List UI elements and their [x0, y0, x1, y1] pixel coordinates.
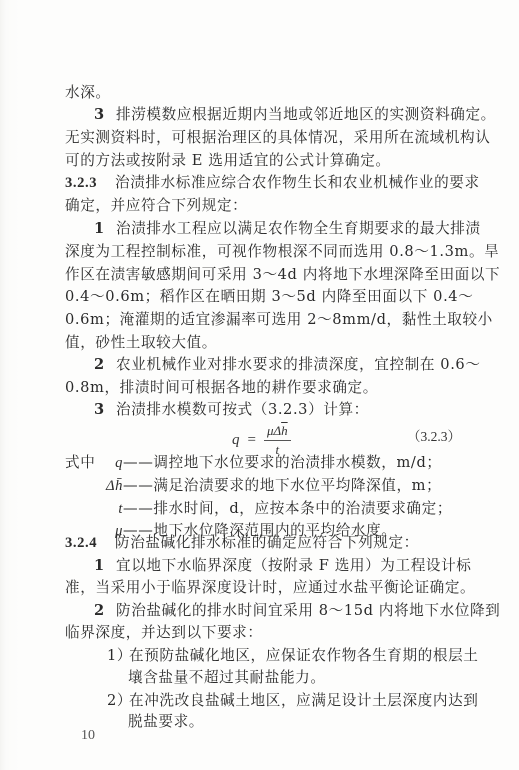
numerator-h-bar: h	[281, 423, 288, 438]
definition-row: 式中q——调控地下水位要求的治渍排水模数，m/d；	[65, 452, 442, 474]
line-text: 防治盐碱化排水标准的确定应符合下列规定：	[115, 534, 419, 551]
text-line: 1治渍排水工程应以满足农作物全生育期要求的最大排渍	[94, 218, 457, 240]
text-line: 深度为工程控制标准，可视作物根深不同而选用 0.8～1.3m。旱	[65, 241, 457, 263]
text-line: 3排涝模数应根据近期内当地或邻近地区的实测资料确定。	[94, 104, 457, 126]
line-text: 治渍排水标准应综合农作物生长和农业机械作业的要求	[115, 174, 480, 191]
line-text: 在预防盐碱化地区，应保证农作物各生育期的根层土	[129, 647, 478, 664]
line-text: 在冲洗改良盐碱土地区，应满足设计土层深度内达到	[129, 692, 478, 709]
text-line: 2农业机械作业对排水要求的排渍深度，宜控制在 0.6～	[94, 354, 457, 376]
formula-numerator: μΔh	[264, 423, 291, 441]
text-line: 0.6m；淹灌期的适宜渗漏率可选用 2～8mm/d，黏性土取较小	[65, 309, 457, 331]
page-number: 10	[81, 728, 95, 744]
text-line: 0.4～0.6m；稻作区在晒田期 3～5d 内降至田面以下 0.4～	[65, 286, 457, 308]
section-number: 3.2.3	[65, 172, 115, 194]
line-text: 宜以地下水临界深度（按附录 F 选用）为工程设计标	[116, 557, 471, 574]
item-number: 3	[94, 399, 116, 421]
text-line: 壤含盐量不超过其耐盐能力。	[128, 667, 457, 689]
definition-row: Δh̄——满足治渍要求的地下水位平均降深值，m；	[105, 475, 441, 497]
formula-equals: =	[248, 432, 256, 449]
text-line: 准，当采用小于临界深度设计时，应通过水盐平衡论证确定。	[65, 577, 457, 599]
line-text: 治渍排水模数可按式（3.2.3）计算：	[116, 401, 369, 418]
text-line: 1）在预防盐碱化地区，应保证农作物各生育期的根层土	[107, 645, 457, 667]
definition-dash: ——	[123, 454, 153, 471]
section-number: 3.2.4	[65, 532, 115, 554]
text-line: 0.8m，排渍时间可根据各地的耕作要求确定。	[65, 377, 457, 399]
document-page: 水深。 3排涝模数应根据近期内当地或邻近地区的实测资料确定。 无实测资料时，可根…	[0, 0, 519, 770]
definition-text: 排水时间，d，应按本条中的治渍要求确定；	[153, 500, 452, 517]
equation-number: （3.2.3）	[407, 425, 461, 445]
text-line: 水深。	[65, 82, 457, 104]
definition-row: t——排水时间，d，应按本条中的治渍要求确定；	[105, 498, 452, 520]
definition-text: 满足治渍要求的地下水位平均降深值，m；	[153, 477, 441, 494]
text-line: 无实测资料时，可根据治理区的具体情况，采用所在流域机构认	[65, 127, 457, 149]
text-line: 3治渍排水模数可按式（3.2.3）计算：	[94, 399, 457, 421]
line-text: 治渍排水工程应以满足农作物全生育期要求的最大排渍	[116, 220, 481, 237]
item-number: 2	[94, 354, 116, 376]
formula-lhs: q	[232, 432, 240, 449]
definition-label: 式中	[65, 452, 105, 474]
text-line: 2）在冲洗改良盐碱土地区，应满足设计土层深度内达到	[107, 690, 457, 712]
text-line: 作区在渍害敏感期间可采用 3～4d 内将地下水埋深降至田面以下	[65, 264, 457, 286]
numerator-mu-delta: μΔ	[267, 423, 281, 438]
definition-symbol: t	[105, 498, 123, 520]
text-line: 临界深度，并达到以下要求：	[65, 622, 457, 644]
definition-dash: ——	[123, 477, 153, 494]
text-line: 2防治盐碱化的排水时间宜采用 8～15d 内将地下水位降到	[94, 600, 457, 622]
section-heading-3-2-3: 3.2.3治渍排水标准应综合农作物生长和农业机械作业的要求	[65, 172, 457, 194]
text-line: 值，砂性土取较大值。	[65, 332, 457, 354]
line-text: 农业机械作业对排水要求的排渍深度，宜控制在 0.6～	[116, 356, 481, 373]
text-line: 可的方法或按附录 E 选用适宜的公式计算确定。	[65, 150, 457, 172]
item-number: 1	[94, 555, 116, 577]
line-text: 排涝模数应根据近期内当地或邻近地区的实测资料确定。	[116, 106, 496, 123]
definition-text: 调控地下水位要求的治渍排水模数，m/d；	[153, 454, 441, 471]
text-line: 1宜以地下水临界深度（按附录 F 选用）为工程设计标	[94, 555, 457, 577]
text-line: 确定，并应符合下列规定：	[65, 195, 457, 217]
definition-symbol: Δh̄	[105, 475, 123, 497]
text-line: 脱盐要求。	[128, 711, 457, 733]
item-number: 1	[94, 218, 116, 240]
item-number: 3	[94, 104, 116, 126]
section-heading-3-2-4: 3.2.4防治盐碱化排水标准的确定应符合下列规定：	[65, 532, 457, 554]
subitem-label: 2）	[107, 690, 129, 712]
item-number: 2	[94, 600, 116, 622]
definition-symbol: q	[105, 452, 123, 474]
line-text: 防治盐碱化的排水时间宜采用 8～15d 内将地下水位降到	[116, 602, 500, 619]
subitem-label: 1）	[107, 645, 129, 667]
definition-dash: ——	[123, 500, 153, 517]
